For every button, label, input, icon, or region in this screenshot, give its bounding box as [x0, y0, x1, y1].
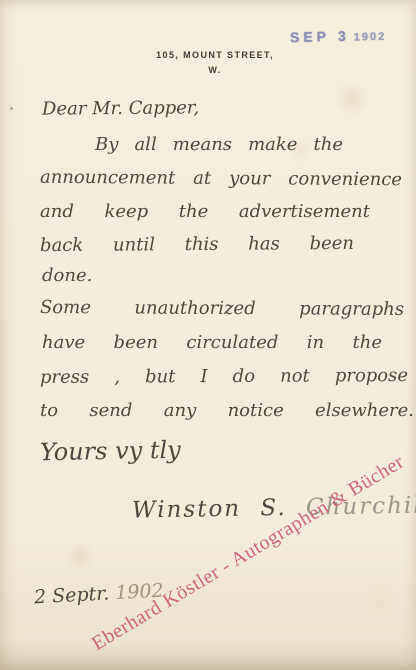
letterhead-district: W. [150, 65, 280, 75]
letterhead: 105, MOUNT STREET, W. [150, 50, 280, 75]
ink-speck [10, 107, 13, 110]
letterhead-address: 105, MOUNT STREET, [150, 50, 280, 60]
body-line: and keep the advertisement [40, 201, 370, 222]
body-line: have been circulated in the [42, 332, 382, 353]
body-line: to send any notice elsewhere. [40, 400, 414, 421]
body-line: press , but I do not propose [40, 365, 408, 388]
body-line: back until this has been [40, 233, 354, 256]
letter-date-daymonth: 2 Septr. [34, 582, 110, 608]
body-line: By all means make the [95, 134, 343, 155]
body-line: Some unauthorized paragraphs [40, 297, 404, 320]
stamp-day: 3 [338, 28, 346, 44]
closing: Yours vy tly [40, 436, 181, 466]
body-line: done. [42, 265, 92, 286]
signature: Winston S. Churchill [132, 492, 416, 523]
salutation: Dear Mr. Capper, [42, 97, 199, 119]
stamp-month: SEP [290, 28, 330, 45]
signature-first-name: Winston S. [132, 495, 287, 524]
stamp-year: 1902 [354, 31, 387, 44]
received-date-stamp: SEP31902 [290, 27, 387, 48]
body-line: announcement at your convenience [40, 167, 402, 191]
